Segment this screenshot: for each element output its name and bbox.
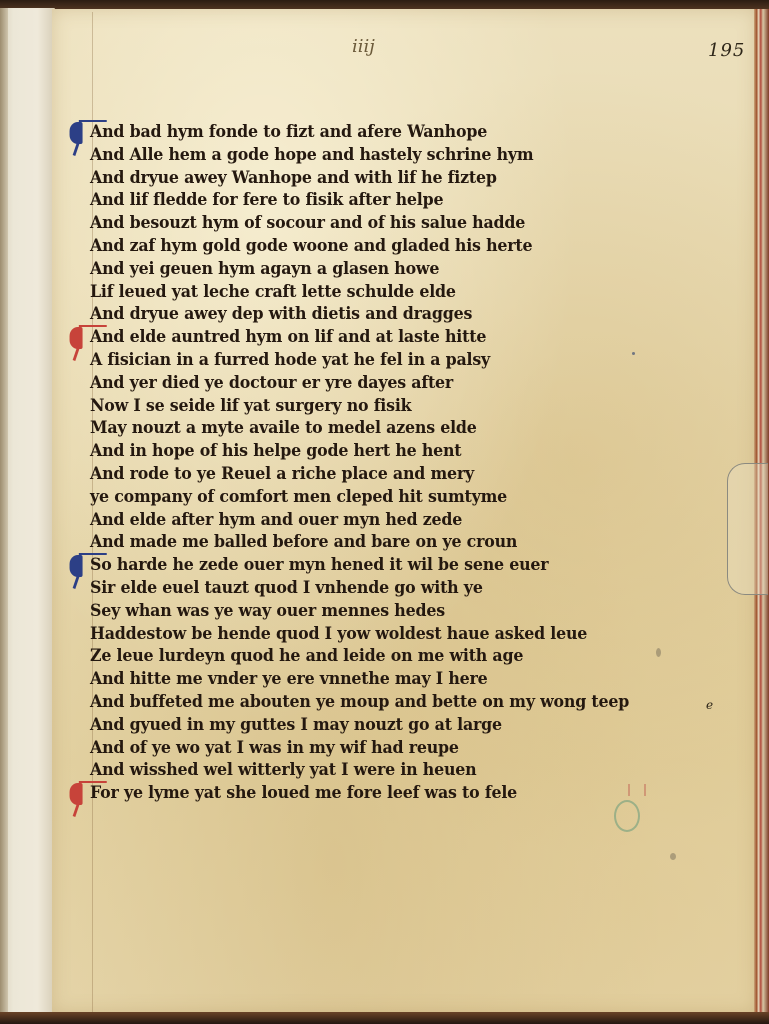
manuscript-line: Lif leued yat leche craft lette schulde … [90, 281, 685, 304]
manuscript-line: And made me balled before and bare on ye… [90, 531, 685, 554]
offset-initial-ghost-icon [614, 800, 640, 832]
manuscript-line: And dryue awey dep with dietis and dragg… [90, 303, 685, 326]
manuscript-line: And buffeted me abouten ye moup and bett… [90, 691, 685, 714]
ink-spot [656, 648, 661, 657]
manuscript-line: And zaf hym gold gode woone and gladed h… [90, 235, 685, 258]
manuscript-line: Sir elde euel tauzt quod I vnhende go wi… [90, 577, 685, 600]
page-clip-tab [727, 463, 768, 595]
manuscript-line: And elde auntred hym on lif and at laste… [90, 326, 685, 349]
manuscript-line: May nouzt a myte availe to medel azens e… [90, 417, 685, 440]
offset-red-mark-ghost [628, 784, 646, 796]
manuscript-line: And in hope of his helpe gode hert he he… [90, 440, 685, 463]
manuscript-line: And bad hym fonde to fizt and afere Wanh… [90, 121, 685, 144]
manuscript-line: And yei geuen hym agayn a glasen howe [90, 258, 685, 281]
ink-spot [670, 853, 676, 860]
manuscript-line: For ye lyme yat she loued me fore leef w… [90, 782, 685, 805]
marginal-correction: e [706, 698, 713, 712]
manuscript-line: Now I se seide lif yat surgery no fisik [90, 395, 685, 418]
blue-paraph-icon [70, 122, 83, 144]
manuscript-line: And gyued in my guttes I may nouzt go at… [90, 714, 685, 737]
blue-paraph-icon [70, 555, 83, 577]
ink-spot [632, 352, 635, 355]
manuscript-line: And of ye wo yat I was in my wif had reu… [90, 737, 685, 760]
manuscript-line: Ze leue lurdeyn quod he and leide on me … [90, 645, 685, 668]
flyleaf-left [0, 8, 55, 1016]
manuscript-line: And Alle hem a gode hope and hastely sch… [90, 144, 685, 167]
manuscript-line: And hitte me vnder ye ere vnnethe may I … [90, 668, 685, 691]
manuscript-line: And lif fledde for fere to fisik after h… [90, 189, 685, 212]
manuscript-line: And rode to ye Reuel a riche place and m… [90, 463, 685, 486]
manuscript-line: And besouzt hym of socour and of his sal… [90, 212, 685, 235]
manuscript-line: Haddestow be hende quod I yow woldest ha… [90, 623, 685, 646]
manuscript-line: And dryue awey Wanhope and with lif he f… [90, 167, 685, 190]
manuscript-line: And yer died ye doctour er yre dayes aft… [90, 372, 685, 395]
manuscript-line: Sey whan was ye way ouer mennes hedes [90, 600, 685, 623]
red-paraph-icon [70, 783, 83, 805]
manuscript-line: A fisician in a furred hode yat he fel i… [90, 349, 685, 372]
manuscript-line: And wisshed wel witterly yat I were in h… [90, 759, 685, 782]
book-binding-bottom [0, 1012, 769, 1024]
red-paraph-icon [70, 327, 83, 349]
text-block: And bad hym fonde to fizt and afere Wanh… [90, 121, 730, 805]
manuscript-line: So harde he zede ouer myn hened it wil b… [90, 554, 685, 577]
manuscript-line: And elde after hym and ouer myn hed zede [90, 509, 685, 532]
flyleaf-edge [0, 8, 8, 1016]
folio-number: 195 [708, 40, 745, 61]
manuscript-line: ye company of comfort men cleped hit sum… [90, 486, 685, 509]
quire-mark: iiij [352, 36, 375, 57]
